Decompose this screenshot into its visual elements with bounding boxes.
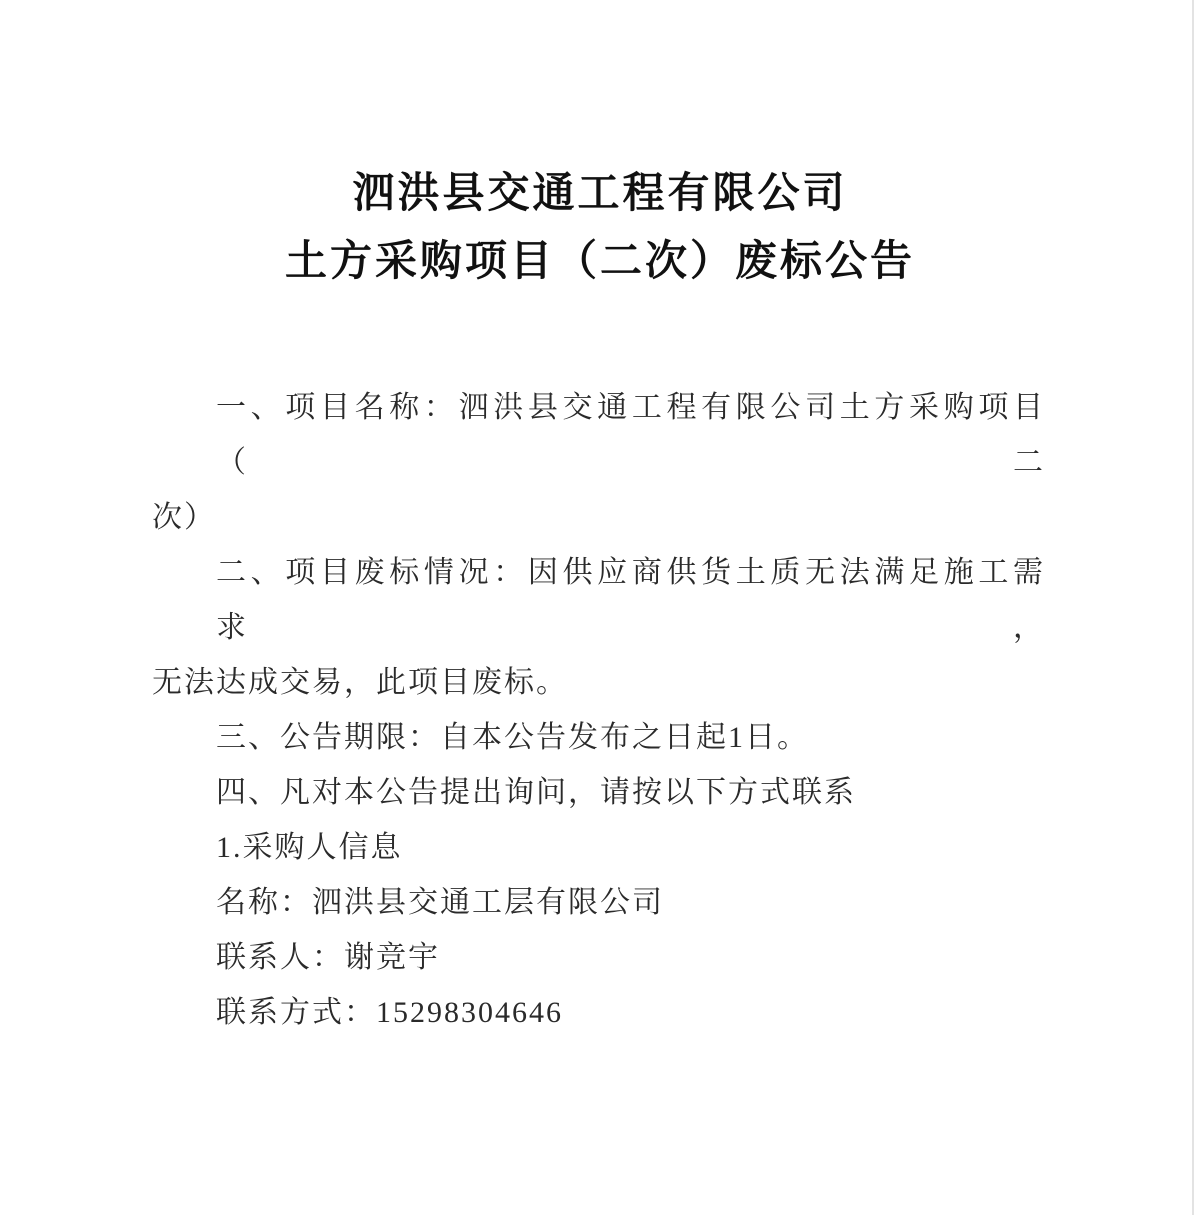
document-title-line-1: 泗洪县交通工程有限公司 xyxy=(0,160,1200,228)
document-page: 泗洪县交通工程有限公司 土方采购项目（二次）废标公告 一、项目名称：泗洪县交通工… xyxy=(0,0,1200,1215)
document-body: 一、项目名称：泗洪县交通工程有限公司土方采购项目（二 次） 二、项目废标情况：因… xyxy=(152,380,1045,1040)
page-right-edge-line xyxy=(1192,0,1194,1215)
document-title-line-2: 土方采购项目（二次）废标公告 xyxy=(0,228,1200,296)
document-title: 泗洪县交通工程有限公司 土方采购项目（二次）废标公告 xyxy=(0,0,1200,296)
paragraph-contact-person: 联系人：谢竞宇 xyxy=(152,930,1045,985)
paragraph-project-name-line-2: 次） xyxy=(152,490,1045,545)
paragraph-announcement-period: 三、公告期限：自本公告发布之日起1日。 xyxy=(152,710,1045,765)
paragraph-contact-intro: 四、凡对本公告提出询问，请按以下方式联系 xyxy=(152,765,1045,820)
paragraph-contact-phone: 联系方式：15298304646 xyxy=(152,985,1045,1040)
paragraph-purchaser-info-heading: 1.采购人信息 xyxy=(152,820,1045,875)
paragraph-project-name-line-1: 一、项目名称：泗洪县交通工程有限公司土方采购项目（二 xyxy=(152,380,1045,490)
paragraph-purchaser-name: 名称：泗洪县交通工层有限公司 xyxy=(152,875,1045,930)
paragraph-bid-cancellation-line-1: 二、项目废标情况：因供应商供货土质无法满足施工需求， xyxy=(152,545,1045,655)
paragraph-bid-cancellation-line-2: 无法达成交易，此项目废标。 xyxy=(152,655,1045,710)
